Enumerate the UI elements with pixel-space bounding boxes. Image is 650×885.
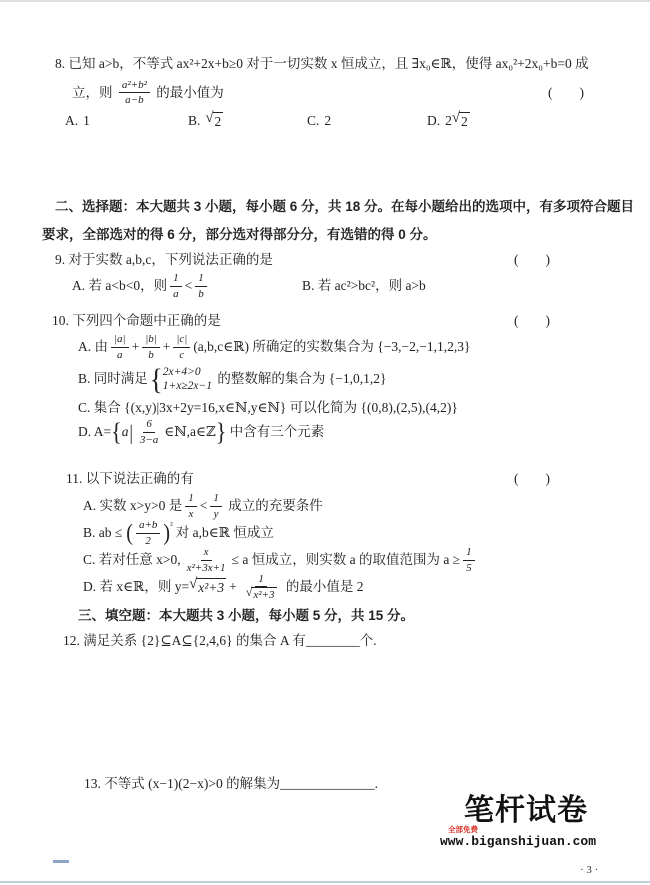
q13-pre: 13. 不等式 (x−1)(2−x)>0 的解集为 (84, 775, 280, 793)
sqrt-expression: √x²+3 (189, 578, 226, 597)
option-label: A. (65, 112, 78, 130)
vertical-bar: | (129, 421, 132, 442)
q10-option-d: D. A= { a | 6 3−a ∈ℕ,a∈ℤ } 中含有三个元素 (78, 417, 610, 447)
q8-options-row: A. 1 B. √2 C. 2 D. 2 √2 (65, 110, 592, 132)
q8-line2-pre: 立，则 (72, 84, 116, 102)
option-value: 1 (83, 112, 90, 130)
q13-post: . (375, 775, 378, 793)
fraction-numerator: a²+b² (119, 78, 150, 93)
q8-option-c: C. 2 (307, 112, 331, 130)
fraction-denominator: √x²+3 (243, 587, 280, 602)
fraction-numerator: |a| (111, 332, 129, 347)
q9-option-a: A. 若 a<b<0，则 1 a < 1 b (72, 271, 210, 301)
q11-d-pre: D. 若 x∈ℝ，则 y= (83, 578, 189, 596)
system-line2: 1+x≥2x−1 (163, 379, 212, 393)
section2-header-text2: 要求，全部选对的得 6 分，部分选对得部分分，有选错的得 0 分。 (42, 226, 437, 244)
scan-artifact-dash (53, 860, 69, 863)
q8-option-a: A. 1 (65, 112, 90, 130)
q11-a-frac1: 1 x (185, 491, 197, 521)
q10-option-b: B. 同时满足 { 2x+4>0 1+x≥2x−1 的整数解的集合为 {−1,0… (78, 364, 610, 394)
q11-d-frac: 1 √x²+3 (243, 572, 280, 603)
q11-stem: 11. 以下说法正确的有 ( ) (66, 470, 550, 488)
q9-a-pre: A. 若 a<b<0，则 (72, 277, 167, 295)
q10-d-var: a (122, 423, 129, 441)
q11-option-b: B. ab ≤ ( a+b 2 ) ² 对 a,b∈ℝ 恒成立 (83, 520, 610, 546)
q10-option-a: A. 由 |a| a + |b| b + |c| c (a,b,c∈ℝ) 所确定… (78, 333, 610, 361)
fraction-denominator: y (211, 507, 222, 521)
left-paren-icon: ( (126, 522, 133, 545)
q9-a-mid: < (185, 277, 193, 295)
page-number: · 3 · (580, 864, 598, 876)
q10-d-frac: 6 3−a (137, 417, 161, 447)
q11-answer-bracket: ( ) (514, 470, 550, 488)
radical-icon: √ (452, 111, 460, 127)
biganshijuan-logo: 笔杆试卷 全部免费 www.biganshijuan.com (440, 795, 596, 851)
q12-pre: 12. 满足关系 {2}⊆A⊆{2,4,6} 的集合 A 有 (63, 632, 306, 650)
plus-sign: + (132, 338, 140, 356)
radicand: 2 (459, 112, 470, 131)
q10-c-text: C. 集合 {(x,y)|3x+2y=16,x∈ℕ,y∈ℕ} 可以化简为 {(0… (78, 399, 458, 417)
q9-answer-bracket: ( ) (514, 251, 550, 269)
q9-a-frac2: 1 b (195, 271, 207, 301)
radicand: x²+3 (196, 578, 226, 597)
fraction-denominator: a−b (122, 93, 146, 107)
q8-option-b: B. √2 (188, 112, 223, 131)
fraction-denominator: a (114, 348, 126, 362)
squared-exponent: ² (170, 520, 173, 532)
q8-stem-text: 8. 已知 a>b，不等式 ax²+2x+b≥0 对于一切实数 x 恒成立，且 … (55, 55, 589, 73)
option-label: B. (188, 112, 200, 130)
q10-answer-bracket: ( ) (514, 312, 550, 330)
q11-d-post: 的最小值是 2 (283, 578, 364, 596)
left-brace-icon: { (111, 419, 122, 444)
q9-b-text: B. 若 ac²>bc²，则 a>b (302, 277, 426, 295)
section2-header-line1: 二、选择题：本大题共 3 小题，每小题 6 分，共 18 分。在每小题给出的选项… (55, 198, 594, 216)
q11-option-d: D. 若 x∈ℝ，则 y= √x²+3 + 1 √x²+3 的最小值是 2 (83, 573, 610, 601)
q11-b-post: 对 a,b∈ℝ 恒成立 (176, 524, 274, 542)
fraction-numerator: a+b (136, 518, 160, 533)
q12-stem: 12. 满足关系 {2}⊆A⊆{2,4,6} 的集合 A 有 ________ … (63, 632, 610, 650)
q11-c-frac1: x x²+3x+1 (184, 545, 229, 575)
right-paren-icon: ) (163, 522, 170, 545)
q12-answer-blank: ________ (306, 632, 360, 650)
option-coefficient: 2 (445, 112, 452, 130)
q10-b-post: 的整数解的集合为 {−1,0,1,2} (214, 370, 386, 388)
system-line1: 2x+4>0 (163, 365, 212, 379)
q10-option-c: C. 集合 {(x,y)|3x+2y=16,x∈ℕ,y∈ℕ} 可以化简为 {(0… (78, 399, 610, 417)
q9-stem-text: 9. 对于实数 a,b,c，下列说法正确的是 (55, 251, 273, 269)
q11-a-post: 成立的充要条件 (225, 497, 323, 515)
q9-a-frac1: 1 a (170, 271, 182, 301)
q10-a-pre: A. 由 (78, 338, 108, 356)
option-value: 2 (324, 112, 331, 130)
inequality-system: { 2x+4>0 1+x≥2x−1 (150, 365, 212, 394)
q12-post: 个. (360, 632, 377, 650)
fraction-denominator: 3−a (137, 433, 161, 447)
q10-a-post: (a,b,c∈ℝ) 所确定的实数集合为 {−3,−2,−1,1,2,3} (193, 338, 470, 356)
q11-option-a: A. 实数 x>y>0 是 1 x < 1 y 成立的充要条件 (83, 493, 610, 519)
section3-header-text: 三、填空题：本大题共 3 小题，每小题 5 分，共 15 分。 (78, 607, 414, 625)
q9-options-row: A. 若 a<b<0，则 1 a < 1 b B. 若 ac²>bc²，则 a>… (72, 272, 592, 300)
q11-b-pre: B. ab ≤ (83, 524, 122, 542)
radicand: x²+3 (251, 587, 276, 602)
q8-stem-line1: 8. 已知 a>b，不等式 ax²+2x+b≥0 对于一切实数 x 恒成立，且 … (55, 55, 592, 73)
fraction-denominator: b (195, 287, 207, 301)
q10-b-pre: B. 同时满足 (78, 370, 148, 388)
plus-sign: + (229, 578, 237, 596)
section2-header-line2: 要求，全部选对的得 6 分，部分选对得部分分，有选错的得 0 分。 (42, 226, 592, 244)
q10-a-frac3: |c| c (173, 332, 190, 362)
fraction-numerator: 6 (143, 417, 155, 432)
fraction-numerator: x (201, 545, 212, 560)
q10-d-cond: ∈ℕ,a∈ℤ (164, 423, 216, 441)
right-brace-icon: } (216, 419, 227, 444)
fraction-numerator: 1 (463, 545, 475, 560)
q8-option-d: D. 2 √2 (427, 112, 470, 131)
q8-answer-bracket: ( ) (548, 84, 584, 102)
left-brace-icon: { (150, 364, 163, 394)
q11-a-mid: < (200, 497, 208, 515)
q11-c-mid: ≤ a 恒成立，则实数 a 的取值范围为 a ≥ (232, 551, 461, 569)
fraction-denominator: c (176, 348, 187, 362)
q11-option-c: C. 若对任意 x>0, x x²+3x+1 ≤ a 恒成立，则实数 a 的取值… (83, 546, 610, 574)
sqrt-expression: √x²+3 (246, 587, 277, 602)
scan-edge-bottom (0, 881, 650, 883)
fraction-numerator: 1 (185, 491, 197, 506)
q9-option-b: B. 若 ac²>bc²，则 a>b (302, 277, 426, 295)
q10-a-frac1: |a| a (111, 332, 129, 362)
q8-stem-line2: 立，则 a²+b² a−b 的最小值为 ( ) (72, 78, 584, 108)
radical-icon: √ (246, 586, 253, 599)
brand-name: 笔杆试卷 (464, 795, 588, 827)
sqrt-expression: √2 (205, 112, 223, 131)
fraction-numerator: |b| (142, 332, 160, 347)
fraction-numerator: 1 (210, 491, 222, 506)
fraction-numerator: 1 (195, 271, 207, 286)
plus-sign: + (163, 338, 171, 356)
fraction-denominator: x (186, 507, 197, 521)
q8-line2-post: 的最小值为 (153, 84, 224, 102)
q11-stem-text: 11. 以下说法正确的有 (66, 470, 194, 488)
section3-header: 三、填空题：本大题共 3 小题，每小题 5 分，共 15 分。 (78, 607, 610, 625)
fraction-numerator: 1 (170, 271, 182, 286)
q10-a-frac2: |b| b (142, 332, 160, 362)
q8-fraction: a²+b² a−b (119, 78, 150, 108)
brand-url: www.biganshijuan.com (440, 834, 596, 849)
fraction-numerator: 1 (255, 572, 267, 587)
q13-answer-blank: ______________ (280, 775, 375, 793)
q11-c-frac2: 1 5 (463, 545, 475, 575)
system-lines: 2x+4>0 1+x≥2x−1 (163, 365, 212, 394)
fraction-denominator: a (170, 287, 182, 301)
q9-stem: 9. 对于实数 a,b,c，下列说法正确的是 ( ) (55, 251, 550, 269)
fraction-denominator: b (145, 348, 157, 362)
q11-b-frac: a+b 2 (136, 518, 160, 548)
q10-stem-text: 10. 下列四个命题中正确的是 (52, 312, 221, 330)
scan-edge-top (0, 0, 650, 2)
radicand: 2 (213, 112, 224, 131)
radical-icon: √ (205, 111, 213, 127)
sqrt-expression: √2 (452, 112, 470, 131)
option-label: C. (307, 112, 319, 130)
fraction-numerator: |c| (173, 332, 190, 347)
radical-icon: √ (189, 577, 197, 593)
q11-c-pre: C. 若对任意 x>0, (83, 551, 181, 569)
q10-stem: 10. 下列四个命题中正确的是 ( ) (52, 312, 550, 330)
section2-header-text1: 二、选择题：本大题共 3 小题，每小题 6 分，共 18 分。在每小题给出的选项… (55, 198, 634, 216)
option-label: D. (427, 112, 440, 130)
q13-stem: 13. 不等式 (x−1)(2−x)>0 的解集为 ______________… (84, 775, 610, 793)
q11-a-pre: A. 实数 x>y>0 是 (83, 497, 182, 515)
q10-d-post: 中含有三个元素 (226, 423, 324, 441)
q11-a-frac2: 1 y (210, 491, 222, 521)
q10-d-pre: D. A= (78, 423, 111, 441)
